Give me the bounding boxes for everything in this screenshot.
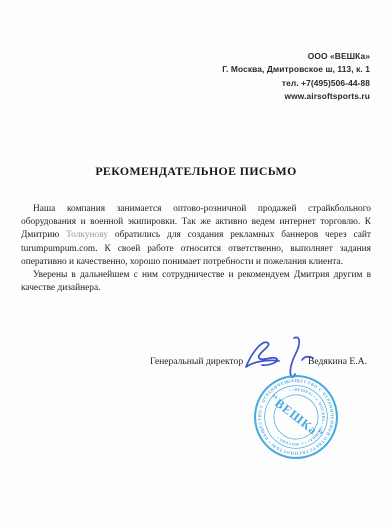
letter-page: ООО «ВЕШКа» Г. Москва, Дмитровское ш, 11… (0, 0, 392, 528)
paragraph-2: Уверены в дальнейшем с ним сотрудничеств… (21, 269, 371, 295)
company-address: Г. Москва, Дмитровское ш, 113, к. 1 (222, 63, 370, 76)
signer-position-label: Генеральный директор (150, 356, 243, 367)
letter-title: РЕКОМЕНДАТЕЛЬНОЕ ПИСЬМО (0, 164, 392, 179)
paragraph-1: Наша компания занимается оптово-рознично… (21, 203, 371, 269)
signature-flourish (246, 342, 279, 367)
letterhead: ООО «ВЕШКа» Г. Москва, Дмитровское ш, 11… (222, 50, 370, 104)
company-phone: тел. +7(495)506-44-88 (222, 77, 370, 90)
company-name: ООО «ВЕШКа» (222, 50, 370, 63)
letter-body: Наша компания занимается оптово-рознично… (21, 203, 371, 295)
company-website: www.airsoftsports.ru (222, 90, 370, 103)
p1-designer-name: Толкунову (66, 230, 108, 240)
